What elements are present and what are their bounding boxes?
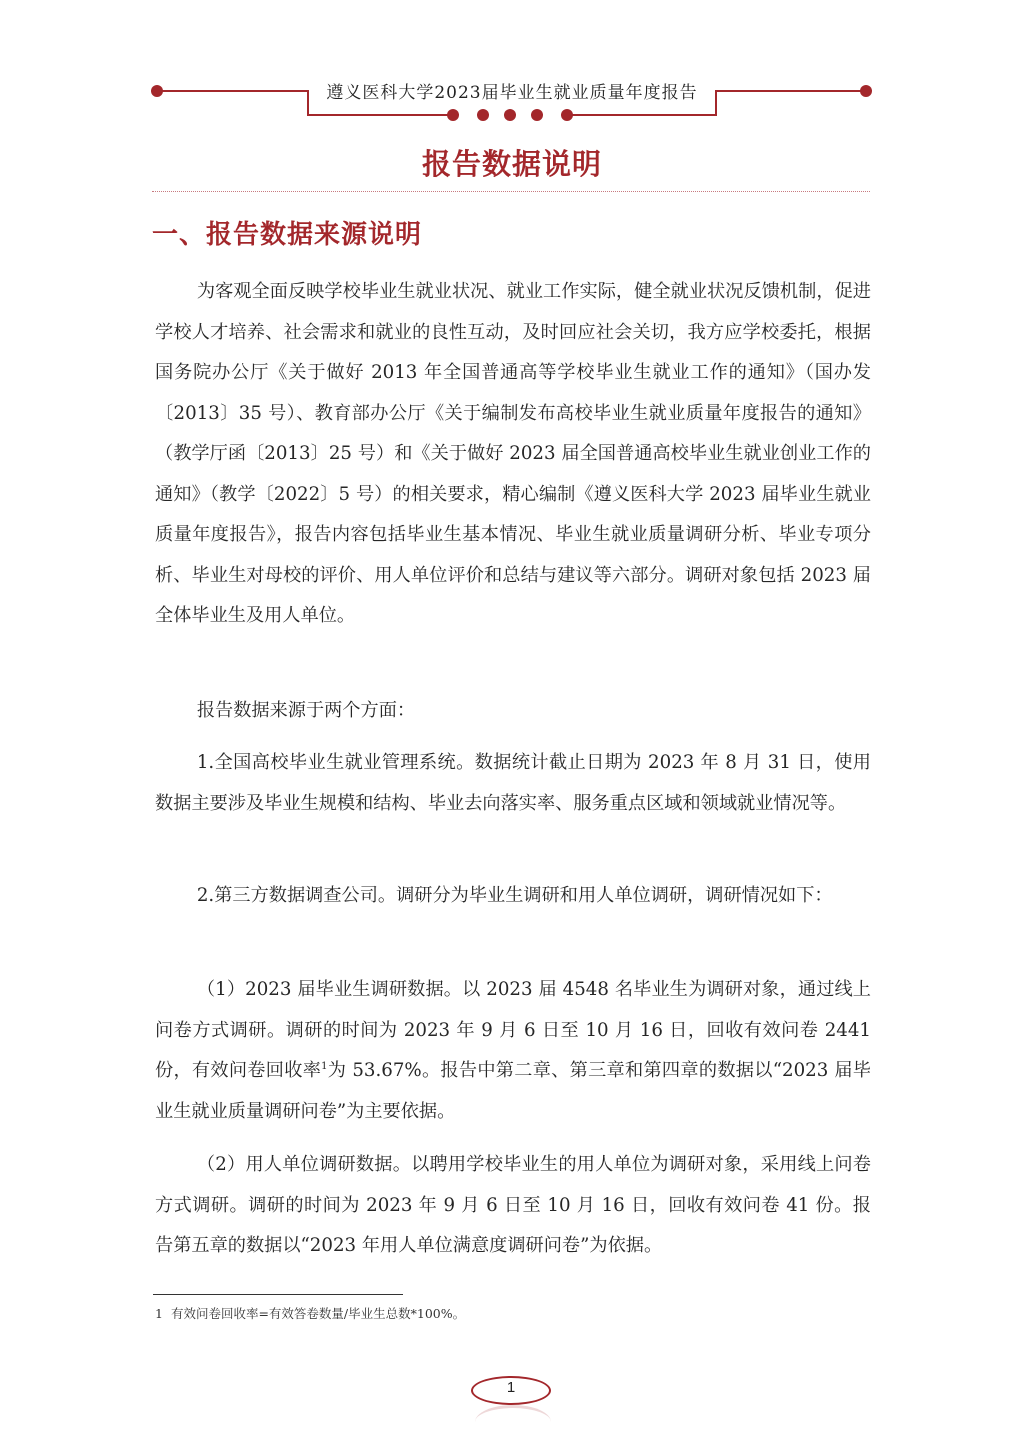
ornament-dot: [561, 109, 573, 121]
paragraph-intro: 为客观全面反映学校毕业生就业状况、就业工作实际，健全就业状况反馈机制，促进学校人…: [155, 272, 871, 637]
header-ornament: [0, 0, 1024, 140]
running-header-title: 遵义医科大学2023届毕业生就业质量年度报告: [310, 78, 714, 103]
footnote-text: 有效问卷回收率=有效答卷数量/毕业生总数*100%。: [171, 1306, 465, 1321]
footnote: 1有效问卷回收率=有效答卷数量/毕业生总数*100%。: [155, 1304, 465, 1322]
footnote-number: 1: [155, 1306, 163, 1321]
document-page: 遵义医科大学2023届毕业生就业质量年度报告 报告数据说明 一、报告数据来源说明…: [0, 0, 1024, 1448]
paragraph-graduate-survey: （1）2023 届毕业生调研数据。以 2023 届 4548 名毕业生为调研对象…: [155, 970, 871, 1132]
page-number-reflection: [475, 1405, 551, 1422]
section-heading: 一、报告数据来源说明: [152, 214, 422, 251]
paragraph-source-2: 2.第三方数据调查公司。调研分为毕业生调研和用人单位调研，调研情况如下：: [155, 876, 871, 917]
ornament-dot-right: [860, 85, 872, 97]
page-number-badge: 1: [471, 1376, 551, 1406]
title-divider: [152, 191, 870, 192]
ornament-dot: [477, 109, 489, 121]
page-title: 报告数据说明: [0, 142, 1024, 183]
paragraph-employer-survey: （2）用人单位调研数据。以聘用学校毕业生的用人单位为调研对象，采用线上问卷方式调…: [155, 1145, 871, 1267]
paragraph-sources-lead: 报告数据来源于两个方面：: [155, 691, 871, 732]
ornament-dot: [531, 109, 543, 121]
ornament-dot-left: [151, 85, 163, 97]
ornament-dot: [447, 109, 459, 121]
page-number: 1: [471, 1379, 551, 1396]
footnote-divider: [153, 1294, 403, 1295]
ornament-dot: [504, 109, 516, 121]
paragraph-source-1: 1.全国高校毕业生就业管理系统。数据统计截止日期为 2023 年 8 月 31 …: [155, 743, 871, 824]
